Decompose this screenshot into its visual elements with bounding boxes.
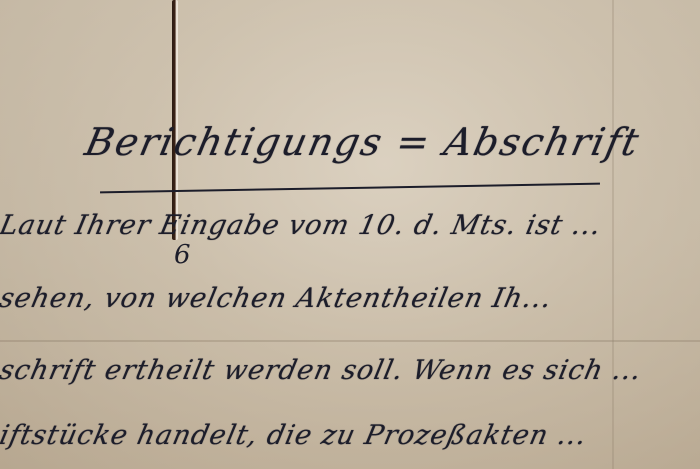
- text-line-4: iftstücke handelt, die zu Prozeßakten ..…: [0, 420, 590, 451]
- text-line-3: schrift ertheilt werden soll. Wenn es si…: [0, 355, 645, 386]
- text-line-1: Laut Ihrer Eingabe vom 10. d. Mts. ist .…: [0, 210, 604, 241]
- document-title: Berichtigungs = Abschrift: [81, 120, 644, 164]
- margin-mark: 6: [174, 240, 191, 270]
- text-line-2: sehen, von welchen Aktentheilen Ih...: [0, 283, 555, 314]
